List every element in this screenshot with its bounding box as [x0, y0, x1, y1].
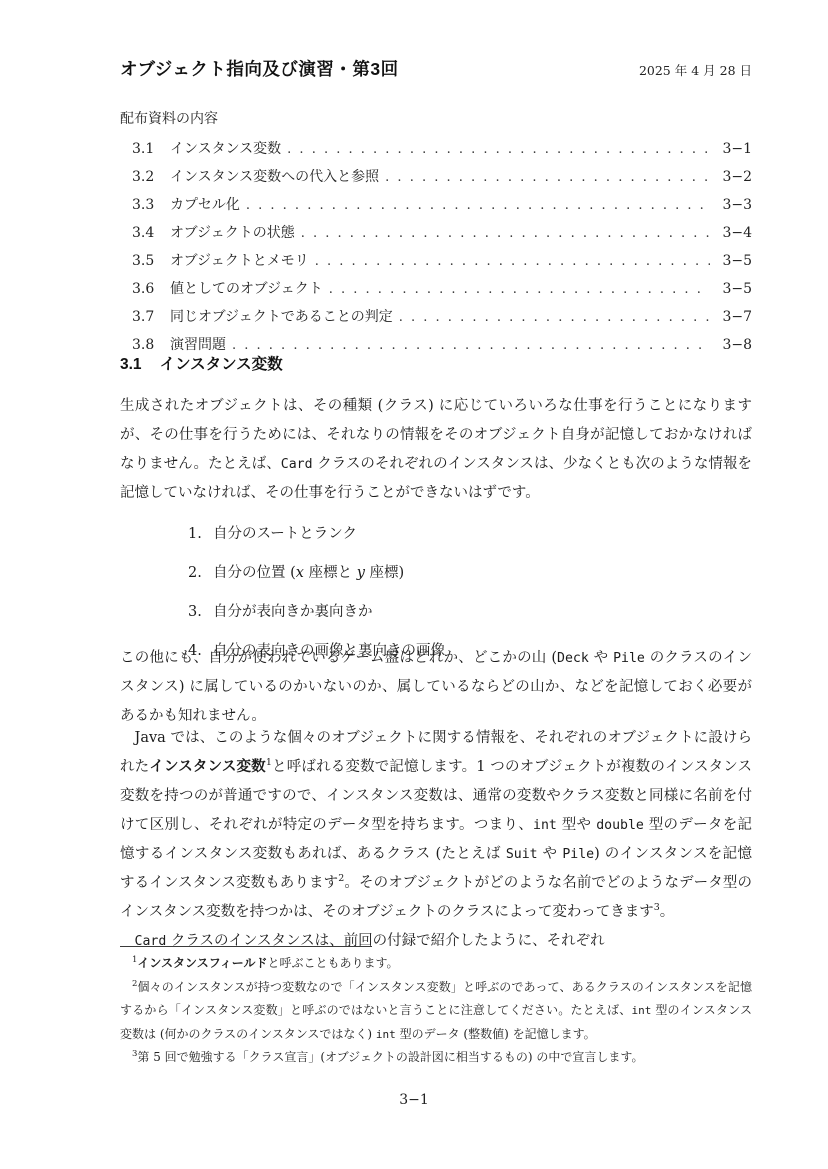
list-item: 1.自分のスートとランク [160, 520, 792, 549]
toc-entry-number: 3.4 [132, 225, 170, 241]
bold-run: インスタンス変数 [149, 759, 266, 775]
text-run: と呼ぶこともあります。 [268, 956, 399, 970]
toc-dot-leader: . . . . . . . . . . . . . . . . . . . . … [399, 310, 710, 325]
toc-entry-page: 3−5 [718, 253, 752, 269]
section-title: インスタンス変数 [160, 356, 283, 373]
code-run: Pile [613, 651, 645, 666]
toc-entry-3.1[interactable]: 3.1インスタンス変数. . . . . . . . . . . . . . .… [120, 138, 752, 166]
document-page: オブジェクト指向及び演習・第3回 2025 年 4 月 28 日 配布資料の内容… [0, 0, 828, 1169]
text-run: 自分の位置 ( [213, 565, 296, 581]
footnote-1: 1インスタンスフィールドと呼ぶこともあります。 [120, 952, 752, 976]
toc-entry-page: 3−3 [718, 197, 752, 213]
list-item-text: 自分の位置 (x 座標と y 座標) [213, 559, 792, 588]
toc-entry-label: オブジェクトとメモリ [170, 250, 315, 270]
toc-dot-leader: . . . . . . . . . . . . . . . . . . . . … [246, 198, 710, 213]
toc-entry-number: 3.8 [132, 337, 170, 353]
footnote-2: 2個々のインスタンスが持つ変数なので「インスタンス変数」と呼ぶのであって、あるク… [120, 976, 752, 1047]
toc-entry-label: 同じオブジェクトであることの判定 [170, 306, 399, 326]
toc-entry-page: 3−8 [718, 337, 752, 353]
footnote-3: 3第 5 回で勉強する「クラス宣言」(オブジェクトの設計図に相当するもの) の中… [120, 1046, 752, 1070]
paragraph-intro: 生成されたオブジェクトは、その種類 (クラス) に応じていろいろな仕事を行うこと… [120, 392, 752, 508]
toc-entry-3.7[interactable]: 3.7同じオブジェクトであることの判定. . . . . . . . . . .… [120, 306, 752, 334]
code-run: Pile [562, 847, 594, 862]
code-run: double [596, 818, 644, 833]
text-run: や [589, 650, 613, 666]
page-number: 3−1 [0, 1092, 828, 1108]
text-run: 型や [557, 817, 596, 833]
toc-entry-number: 3.2 [132, 169, 170, 185]
toc-entry-3.5[interactable]: 3.5オブジェクトとメモリ. . . . . . . . . . . . . .… [120, 250, 752, 278]
code-run: int [533, 818, 557, 833]
toc-entry-label: インスタンス変数への代入と参照 [170, 166, 385, 186]
toc-entry-number: 3.7 [132, 309, 170, 325]
toc-entry-label: オブジェクトの状態 [170, 222, 301, 242]
toc-entry-page: 3−1 [718, 141, 752, 157]
paragraph-instance-variables: Java では、このような個々のオブジェクトに関する情報を、それぞれのオブジェク… [120, 724, 752, 956]
list-item: 3.自分が表向きか裏向きか [160, 598, 792, 627]
toc-dot-leader: . . . . . . . . . . . . . . . . . . . . … [329, 282, 710, 297]
section-heading: 3.1インスタンス変数 [120, 352, 283, 374]
text-run: 自分が表向きか裏向きか [213, 604, 373, 620]
math-run: x [296, 565, 304, 581]
paragraph-other-info: この他にも、自分が使われているゲーム盤はどれか、どこかの山 (Deck や Pi… [120, 644, 752, 731]
toc-entry-page: 3−7 [718, 309, 752, 325]
toc-entry-3.3[interactable]: 3.3カプセル化. . . . . . . . . . . . . . . . … [120, 194, 752, 222]
toc-entry-label: インスタンス変数 [170, 138, 287, 158]
toc-entry-label: 演習問題 [170, 334, 232, 354]
text-run: 。 [660, 904, 675, 920]
list-item-text: 自分が表向きか裏向きか [213, 598, 792, 627]
toc-entry-number: 3.6 [132, 281, 170, 297]
text-run: 第 5 回で勉強する「クラス宣言」(オブジェクトの設計図に相当するもの) の中で… [137, 1050, 643, 1064]
toc-entry-label: カプセル化 [170, 194, 246, 214]
document-date: 2025 年 4 月 28 日 [639, 61, 752, 79]
toc-entry-page: 3−4 [718, 225, 752, 241]
toc-dot-leader: . . . . . . . . . . . . . . . . . . . . … [301, 226, 710, 241]
text-run: この他にも、自分が使われているゲーム盤はどれか、どこかの山 ( [120, 650, 557, 666]
toc-entry-number: 3.5 [132, 253, 170, 269]
toc-entry-label: 値としてのオブジェクト [170, 278, 329, 298]
bold-run: インスタンスフィールド [137, 956, 267, 970]
code-run: Deck [557, 651, 589, 666]
toc-dot-leader: . . . . . . . . . . . . . . . . . . . . … [385, 170, 710, 185]
text-run: や [538, 846, 563, 862]
list-item-number: 2. [188, 559, 213, 588]
text-run: 型のデータ (整数値) を記憶します。 [396, 1027, 596, 1041]
toc-entry-3.4[interactable]: 3.4オブジェクトの状態. . . . . . . . . . . . . . … [120, 222, 752, 250]
paragraph-text: Java では、このような個々のオブジェクトに関する情報を、それぞれのオブジェク… [120, 724, 752, 927]
list-item: 2.自分の位置 (x 座標と y 座標) [160, 559, 792, 588]
code-run: int [631, 1004, 651, 1017]
toc-entry-number: 3.1 [132, 141, 170, 157]
toc-dot-leader: . . . . . . . . . . . . . . . . . . . . … [232, 338, 710, 353]
document-title: オブジェクト指向及び演習・第3回 [120, 56, 399, 81]
code-run: Card [281, 457, 313, 472]
table-of-contents: 3.1インスタンス変数. . . . . . . . . . . . . . .… [120, 138, 752, 362]
list-item-number: 1. [188, 520, 213, 549]
code-run: Suit [506, 847, 538, 862]
paragraph-text: この他にも、自分が使われているゲーム盤はどれか、どこかの山 (Deck や Pi… [120, 644, 752, 731]
list-item-text: 自分のスートとランク [213, 520, 792, 549]
toc-heading: 配布資料の内容 [120, 108, 218, 128]
toc-dot-leader: . . . . . . . . . . . . . . . . . . . . … [315, 254, 710, 269]
toc-entry-3.2[interactable]: 3.2インスタンス変数への代入と参照. . . . . . . . . . . … [120, 166, 752, 194]
toc-entry-page: 3−5 [718, 281, 752, 297]
section-number: 3.1 [120, 356, 142, 373]
toc-entry-3.6[interactable]: 3.6値としてのオブジェクト. . . . . . . . . . . . . … [120, 278, 752, 306]
paragraph-text: 生成されたオブジェクトは、その種類 (クラス) に応じていろいろな仕事を行うこと… [120, 392, 752, 508]
list-item-number: 3. [188, 598, 213, 627]
footnotes: 1インスタンスフィールドと呼ぶこともあります。2個々のインスタンスが持つ変数なの… [120, 952, 752, 1070]
toc-entry-number: 3.3 [132, 197, 170, 213]
text-run: 座標と [304, 565, 357, 581]
text-run: 自分のスートとランク [213, 526, 357, 542]
math-run: y [357, 565, 365, 581]
toc-entry-page: 3−2 [718, 169, 752, 185]
toc-dot-leader: . . . . . . . . . . . . . . . . . . . . … [287, 142, 710, 157]
document-header: オブジェクト指向及び演習・第3回 2025 年 4 月 28 日 [120, 56, 752, 81]
footnote-rule [120, 946, 372, 947]
code-run: int [376, 1028, 396, 1041]
text-run: 座標) [365, 565, 404, 581]
